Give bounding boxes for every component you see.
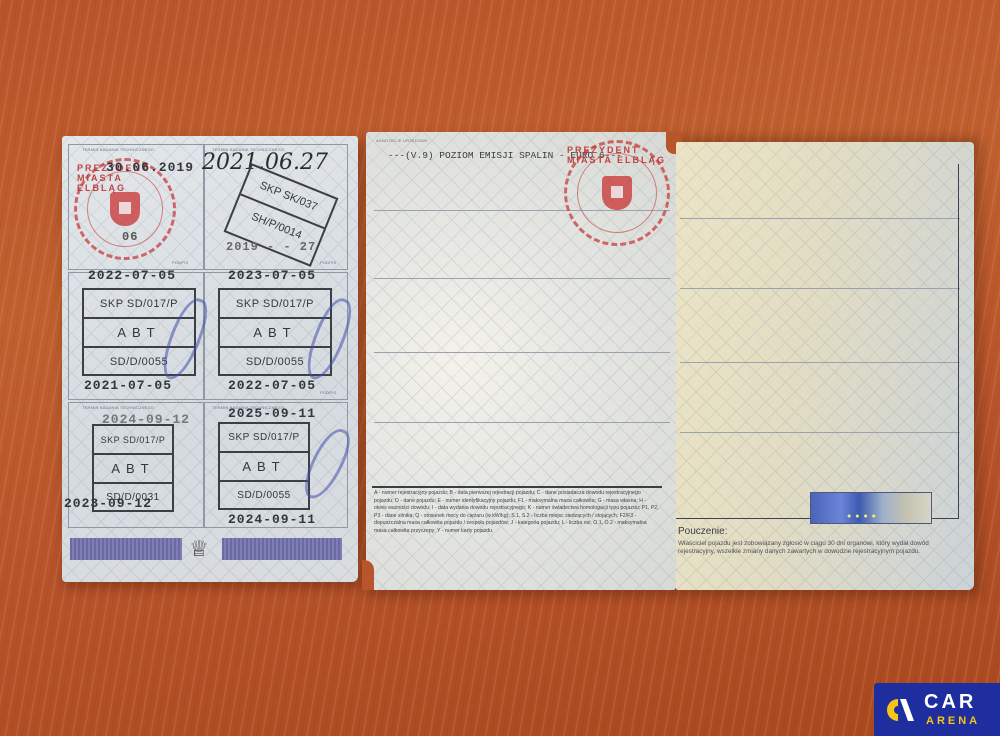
cell-caption: PODPIS [172,260,188,265]
inspection-date: 30.06.2019 [106,160,194,175]
logo-text-arena: ARENA [926,715,980,727]
left-page: TERMIN BADANIA TECHNICZNEGO TERMIN BADAN… [62,136,358,582]
logo-text-car: CAR [924,691,976,714]
car-arena-logo: CAR ARENA [874,683,1000,736]
inspection-date: 2023-09-12 [64,496,152,511]
section-caption: ADNOTACJE URZĘDOWE [376,138,428,143]
inspection-date: 2022-07-05 [228,378,316,393]
next-inspection-date: 2022-07-05 [88,268,176,283]
security-band [70,538,182,560]
middle-page: ADNOTACJE URZĘDOWE ---(V.9) POZIOM EMISJ… [366,132,676,590]
pouczenie-title: Pouczenie: [678,526,727,537]
cell-caption: TERMIN BADANIA TECHNICZNEGO [82,405,154,410]
next-inspection-date: 2025-09-11 [228,406,316,421]
next-inspection-date: 2023-07-05 [228,268,316,283]
pouczenie-text: Właściciel pojazdu jest zobowiązany zgło… [678,540,948,556]
right-page: ●●●● Pouczenie: Właściciel pojazdu jest … [676,142,974,590]
cell-caption: TERMIN BADANIA TECHNICZNEGO [82,147,154,152]
inspection-date: 2024-09-11 [228,512,316,527]
cell-caption: PODPIS [320,260,336,265]
eagle-emblem-icon: ♕ [188,536,210,562]
official-seal-elblag: PREZYDENT MIASTA ELBLĄG [564,140,670,246]
car-arena-logo-icon [884,695,914,725]
security-hologram: ●●●● [810,492,932,524]
inspection-date: 2021-07-05 [84,378,172,393]
field-legend: A - numer rejestracyjny pojazdu; B - dat… [374,490,660,535]
security-band [222,538,342,560]
stamp-date: 2019 - - 27 [226,240,316,254]
skp-stamp: SKP SD/017/P ABT SD/D/0055 [218,422,310,510]
cell-caption: PODPIS [320,390,336,395]
seal-number: 06 [122,230,138,244]
